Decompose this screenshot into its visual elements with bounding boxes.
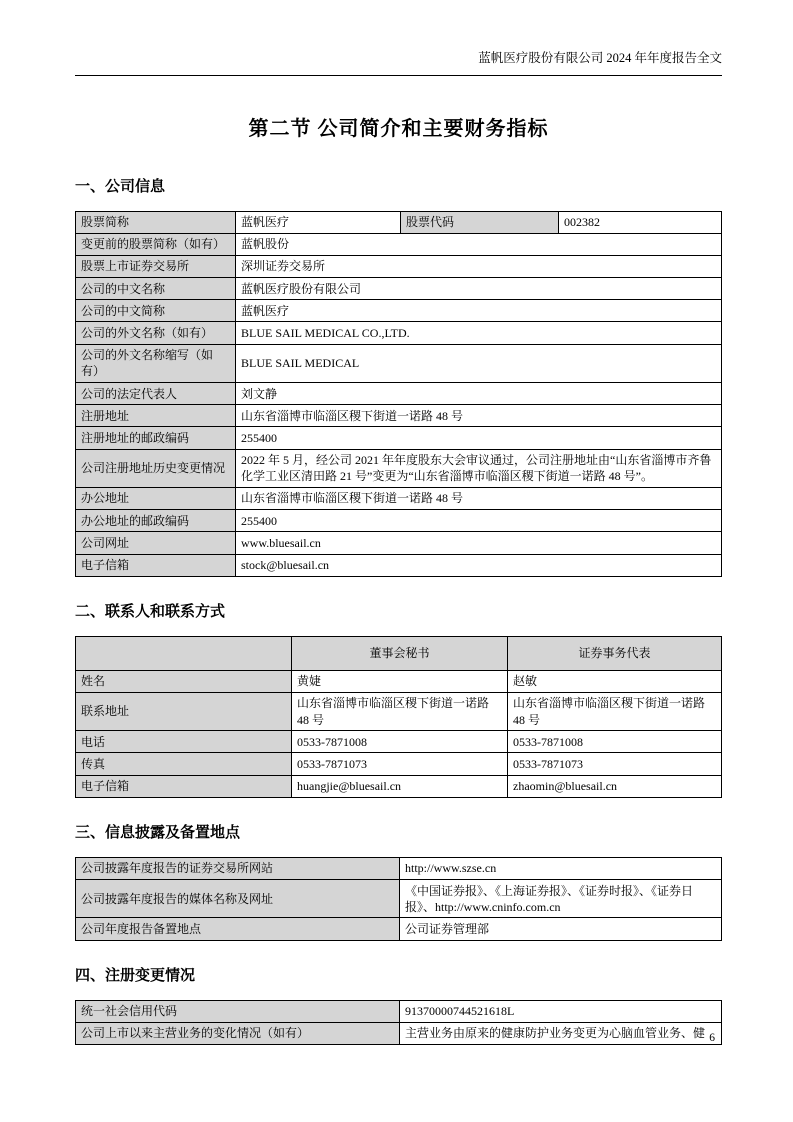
value-cell: 蓝帆医疗股份有限公司 bbox=[236, 278, 722, 300]
table-row: 公司上市以来主营业务的变化情况（如有） 主营业务由原来的健康防护业务变更为心脑血… bbox=[76, 1022, 722, 1044]
table-row: 公司披露年度报告的媒体名称及网址 《中国证券报》、《上海证券报》、《证券时报》、… bbox=[76, 880, 722, 918]
value-cell: http://www.szse.cn bbox=[400, 857, 722, 879]
table-row: 公司年度报告备置地点 公司证券管理部 bbox=[76, 918, 722, 940]
value-cell: 0533-7871073 bbox=[292, 753, 508, 775]
label-cell: 公司的外文名称缩写（如有） bbox=[76, 344, 236, 382]
value-cell: 0533-7871008 bbox=[292, 731, 508, 753]
label-cell: 公司披露年度报告的媒体名称及网址 bbox=[76, 880, 400, 918]
label-cell: 统一社会信用代码 bbox=[76, 1000, 400, 1022]
table-row: 姓名 黄婕 赵敏 bbox=[76, 670, 722, 692]
value-cell: BLUE SAIL MEDICAL CO.,LTD. bbox=[236, 322, 722, 344]
value-cell: 主营业务由原来的健康防护业务变更为心脑血管业务、健 bbox=[400, 1022, 722, 1044]
label-cell: 办公地址的邮政编码 bbox=[76, 510, 236, 532]
corner-cell bbox=[76, 636, 292, 670]
registration-table: 统一社会信用代码 91370000744521618L 公司上市以来主营业务的变… bbox=[75, 1000, 722, 1045]
table-row: 股票简称 蓝帆医疗 股票代码 002382 bbox=[76, 211, 722, 233]
label-cell: 股票代码 bbox=[401, 211, 559, 233]
table-row: 电话 0533-7871008 0533-7871008 bbox=[76, 731, 722, 753]
table-row: 公司的法定代表人 刘文静 bbox=[76, 383, 722, 405]
section-heading-disclosure: 三、信息披露及备置地点 bbox=[75, 821, 722, 842]
report-page: 蓝帆医疗股份有限公司 2024 年年度报告全文 第二节 公司简介和主要财务指标 … bbox=[0, 0, 793, 1122]
table-row: 公司的外文名称缩写（如有） BLUE SAIL MEDICAL bbox=[76, 344, 722, 382]
report-header-title: 蓝帆医疗股份有限公司 2024 年年度报告全文 bbox=[478, 51, 722, 65]
disclosure-table: 公司披露年度报告的证券交易所网站 http://www.szse.cn 公司披露… bbox=[75, 857, 722, 941]
value-cell: 山东省淄博市临淄区稷下街道一诺路 48 号 bbox=[292, 692, 508, 730]
label-cell: 公司的中文简称 bbox=[76, 300, 236, 322]
value-cell: 91370000744521618L bbox=[400, 1000, 722, 1022]
table-row: 公司的中文简称 蓝帆医疗 bbox=[76, 300, 722, 322]
label-cell: 变更前的股票简称（如有） bbox=[76, 233, 236, 255]
page-header: 蓝帆医疗股份有限公司 2024 年年度报告全文 bbox=[75, 50, 722, 76]
label-cell: 传真 bbox=[76, 753, 292, 775]
table-row: 注册地址的邮政编码 255400 bbox=[76, 427, 722, 449]
label-cell: 联系地址 bbox=[76, 692, 292, 730]
value-cell: huangjie@bluesail.cn bbox=[292, 775, 508, 797]
table-row: 公司注册地址历史变更情况 2022 年 5 月，经公司 2021 年年度股东大会… bbox=[76, 449, 722, 487]
value-cell: 002382 bbox=[559, 211, 722, 233]
label-cell: 公司网址 bbox=[76, 532, 236, 554]
table-row: 公司的中文名称 蓝帆医疗股份有限公司 bbox=[76, 278, 722, 300]
table-row: 办公地址 山东省淄博市临淄区稷下街道一诺路 48 号 bbox=[76, 487, 722, 509]
label-cell: 电话 bbox=[76, 731, 292, 753]
value-cell: 255400 bbox=[236, 427, 722, 449]
label-cell: 办公地址 bbox=[76, 487, 236, 509]
value-cell: stock@bluesail.cn bbox=[236, 554, 722, 576]
value-cell: 黄婕 bbox=[292, 670, 508, 692]
column-header-cell: 董事会秘书 bbox=[292, 636, 508, 670]
section-heading-contacts: 二、联系人和联系方式 bbox=[75, 600, 722, 621]
table-row: 电子信箱 stock@bluesail.cn bbox=[76, 554, 722, 576]
value-cell: 刘文静 bbox=[236, 383, 722, 405]
value-cell: 《中国证券报》、《上海证券报》、《证券时报》、《证券日报》、http://www… bbox=[400, 880, 722, 918]
section-heading-registration: 四、注册变更情况 bbox=[75, 964, 722, 985]
value-cell: 蓝帆医疗 bbox=[236, 211, 401, 233]
value-cell: 蓝帆医疗 bbox=[236, 300, 722, 322]
page-number: 6 bbox=[709, 1032, 715, 1044]
value-cell: zhaomin@bluesail.cn bbox=[508, 775, 722, 797]
label-cell: 股票简称 bbox=[76, 211, 236, 233]
label-cell: 股票上市证券交易所 bbox=[76, 255, 236, 277]
value-cell: 蓝帆股份 bbox=[236, 233, 722, 255]
value-cell: 0533-7871073 bbox=[508, 753, 722, 775]
label-cell: 公司年度报告备置地点 bbox=[76, 918, 400, 940]
value-cell: 0533-7871008 bbox=[508, 731, 722, 753]
table-row: 联系地址 山东省淄博市临淄区稷下街道一诺路 48 号 山东省淄博市临淄区稷下街道… bbox=[76, 692, 722, 730]
table-row: 公司的外文名称（如有） BLUE SAIL MEDICAL CO.,LTD. bbox=[76, 322, 722, 344]
table-row: 电子信箱 huangjie@bluesail.cn zhaomin@bluesa… bbox=[76, 775, 722, 797]
label-cell: 公司上市以来主营业务的变化情况（如有） bbox=[76, 1022, 400, 1044]
column-header-cell: 证券事务代表 bbox=[508, 636, 722, 670]
table-row: 股票上市证券交易所 深圳证券交易所 bbox=[76, 255, 722, 277]
company-info-table: 股票简称 蓝帆医疗 股票代码 002382 变更前的股票简称（如有） 蓝帆股份 … bbox=[75, 211, 722, 577]
value-cell: 公司证券管理部 bbox=[400, 918, 722, 940]
label-cell: 公司注册地址历史变更情况 bbox=[76, 449, 236, 487]
label-cell: 注册地址 bbox=[76, 405, 236, 427]
value-cell: 2022 年 5 月，经公司 2021 年年度股东大会审议通过，公司注册地址由“… bbox=[236, 449, 722, 487]
value-cell: www.bluesail.cn bbox=[236, 532, 722, 554]
section-heading-company-info: 一、公司信息 bbox=[75, 175, 722, 196]
value-cell: 山东省淄博市临淄区稷下街道一诺路 48 号 bbox=[508, 692, 722, 730]
label-cell: 电子信箱 bbox=[76, 554, 236, 576]
table-row: 统一社会信用代码 91370000744521618L bbox=[76, 1000, 722, 1022]
value-cell: BLUE SAIL MEDICAL bbox=[236, 344, 722, 382]
contacts-table: 董事会秘书 证券事务代表 姓名 黄婕 赵敏 联系地址 山东省淄博市临淄区稷下街道… bbox=[75, 636, 722, 798]
table-row: 办公地址的邮政编码 255400 bbox=[76, 510, 722, 532]
label-cell: 公司披露年度报告的证券交易所网站 bbox=[76, 857, 400, 879]
label-cell: 公司的法定代表人 bbox=[76, 383, 236, 405]
label-cell: 注册地址的邮政编码 bbox=[76, 427, 236, 449]
value-cell: 赵敏 bbox=[508, 670, 722, 692]
table-row: 注册地址 山东省淄博市临淄区稷下街道一诺路 48 号 bbox=[76, 405, 722, 427]
label-cell: 姓名 bbox=[76, 670, 292, 692]
page-title: 第二节 公司简介和主要财务指标 bbox=[75, 112, 722, 141]
table-header-row: 董事会秘书 证券事务代表 bbox=[76, 636, 722, 670]
label-cell: 电子信箱 bbox=[76, 775, 292, 797]
table-row: 公司披露年度报告的证券交易所网站 http://www.szse.cn bbox=[76, 857, 722, 879]
label-cell: 公司的外文名称（如有） bbox=[76, 322, 236, 344]
table-row: 公司网址 www.bluesail.cn bbox=[76, 532, 722, 554]
value-cell: 山东省淄博市临淄区稷下街道一诺路 48 号 bbox=[236, 405, 722, 427]
value-cell: 深圳证券交易所 bbox=[236, 255, 722, 277]
value-cell: 255400 bbox=[236, 510, 722, 532]
table-row: 变更前的股票简称（如有） 蓝帆股份 bbox=[76, 233, 722, 255]
value-cell: 山东省淄博市临淄区稷下街道一诺路 48 号 bbox=[236, 487, 722, 509]
table-row: 传真 0533-7871073 0533-7871073 bbox=[76, 753, 722, 775]
label-cell: 公司的中文名称 bbox=[76, 278, 236, 300]
